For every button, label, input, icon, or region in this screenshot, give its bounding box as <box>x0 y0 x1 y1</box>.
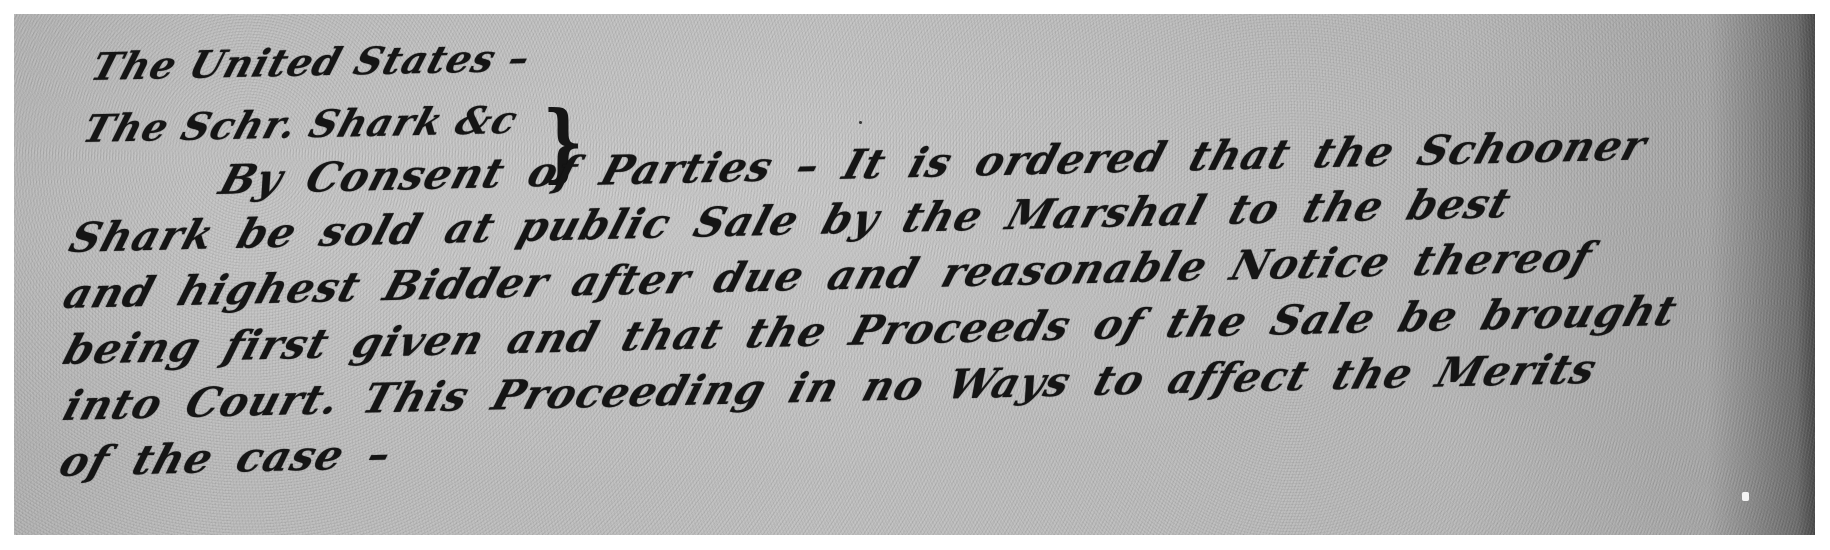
order-line-6: of the case – <box>54 430 398 486</box>
ink-dot <box>859 121 862 124</box>
caption-plaintiff: The United States – <box>86 35 537 89</box>
paper-speck <box>1742 492 1749 501</box>
manuscript-scan: The United States – The Schr. Shark &c }… <box>14 14 1815 535</box>
caption-defendant: The Schr. Shark &c <box>78 97 524 151</box>
